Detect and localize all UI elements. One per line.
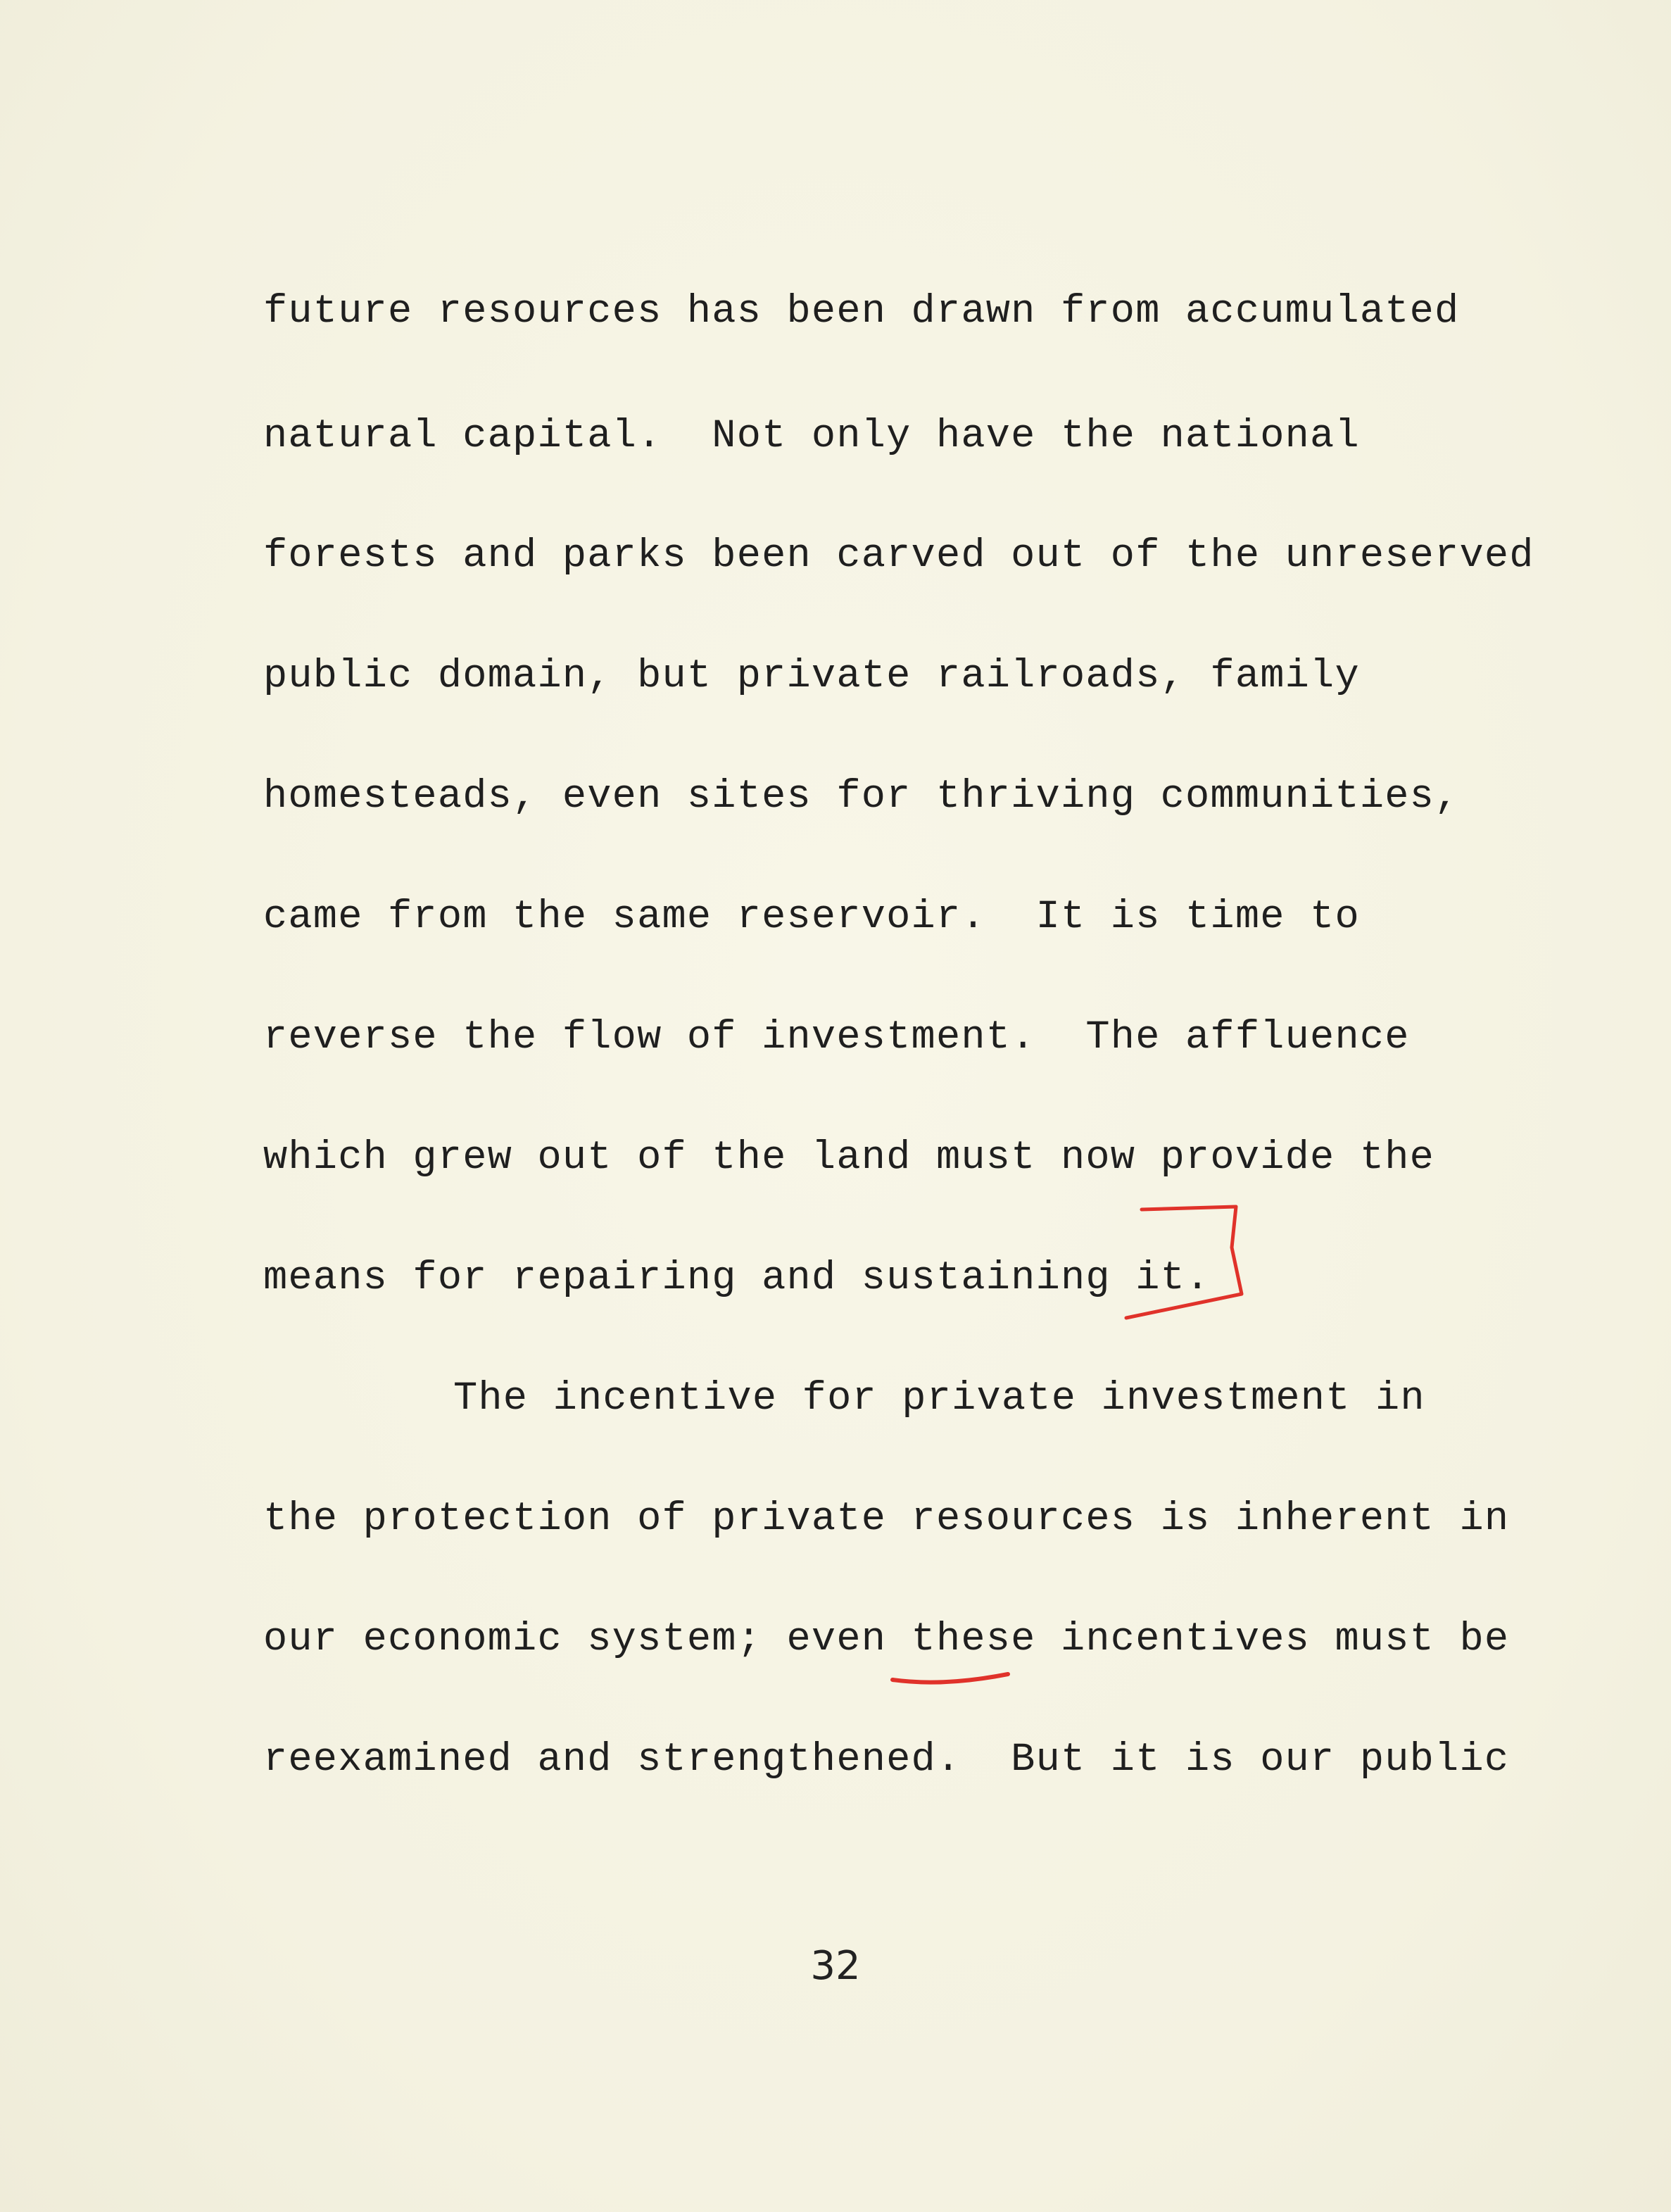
document-page: future resources has been drawn from acc…	[0, 0, 1671, 2212]
red-pencil-annotations	[0, 0, 1671, 2212]
red-bracket-mark	[1126, 1207, 1242, 1318]
red-underline-mark	[893, 1674, 1008, 1683]
page-number: 32	[0, 1943, 1671, 1989]
